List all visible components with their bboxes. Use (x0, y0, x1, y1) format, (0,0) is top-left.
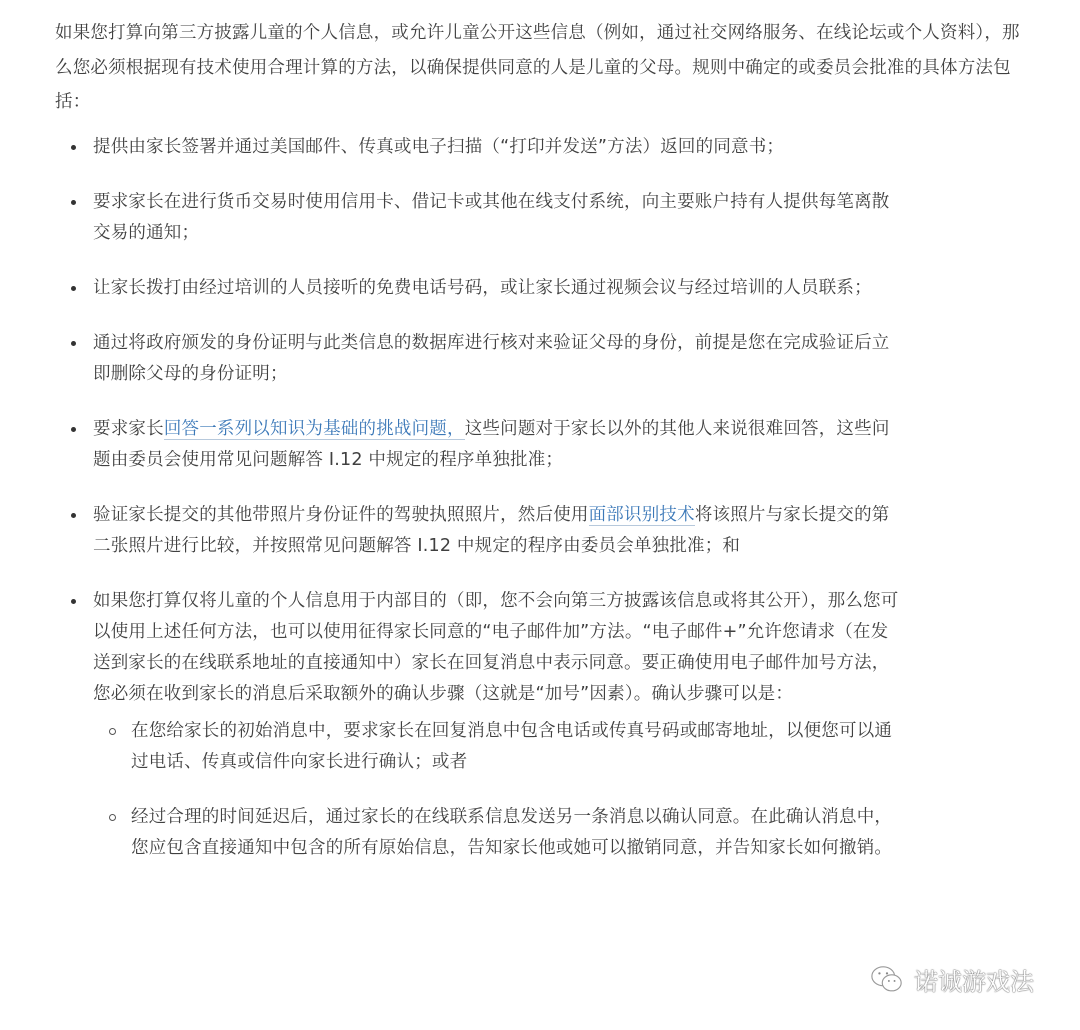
list-item: 让家长拨打由经过培训的人员接听的免费电话号码，或让家长通过视频会议与经过培训的人… (55, 273, 903, 304)
list-item: 提供由家长签署并通过美国邮件、传真或电子扫描（“打印并发送”方法）返回的同意书； (55, 132, 903, 163)
document-body: 如果您打算向第三方披露儿童的个人信息，或允许儿童公开这些信息（例如，通过社交网络… (55, 16, 1030, 888)
wechat-icon (868, 963, 906, 997)
intro-paragraph: 如果您打算向第三方披露儿童的个人信息，或允许儿童公开这些信息（例如，通过社交网络… (55, 16, 1030, 120)
list-item: 如果您打算仅将儿童的个人信息用于内部目的（即，您不会向第三方披露该信息或将其公开… (55, 586, 903, 864)
item-text: 如果您打算仅将儿童的个人信息用于内部目的（即，您不会向第三方披露该信息或将其公开… (93, 591, 898, 704)
item-text: 要求家长 (93, 419, 164, 439)
sub-list-item: 在您给家长的初始消息中，要求家长在回复消息中包含电话或传真号码或邮寄地址，以便您… (93, 716, 903, 778)
facial-recognition-link[interactable]: 面部识别技术 (589, 505, 695, 526)
methods-list: 提供由家长签署并通过美国邮件、传真或电子扫描（“打印并发送”方法）返回的同意书；… (55, 132, 1030, 864)
confirmation-steps-list: 在您给家长的初始消息中，要求家长在回复消息中包含电话或传真号码或邮寄地址，以便您… (93, 716, 903, 864)
item-text: 验证家长提交的其他带照片身份证件的驾驶执照照片，然后使用 (93, 505, 589, 525)
knowledge-questions-link[interactable]: 回答一系列以知识为基础的挑战问题， (164, 419, 465, 440)
sub-list-item: 经过合理的时间延迟后，通过家长的在线联系信息发送另一条消息以确认同意。在此确认消… (93, 802, 903, 864)
list-item: 要求家长回答一系列以知识为基础的挑战问题，这些问题对于家长以外的其他人来说很难回… (55, 414, 903, 476)
list-item: 验证家长提交的其他带照片身份证件的驾驶执照照片，然后使用面部识别技术将该照片与家… (55, 500, 903, 562)
watermark-text: 诺诚游戏法 (914, 962, 1034, 997)
list-item: 通过将政府颁发的身份证明与此类信息的数据库进行核对来验证父母的身份，前提是您在完… (55, 328, 903, 390)
list-item: 要求家长在进行货币交易时使用信用卡、借记卡或其他在线支付系统，向主要账户持有人提… (55, 187, 903, 249)
watermark: 诺诚游戏法 (868, 962, 1034, 997)
